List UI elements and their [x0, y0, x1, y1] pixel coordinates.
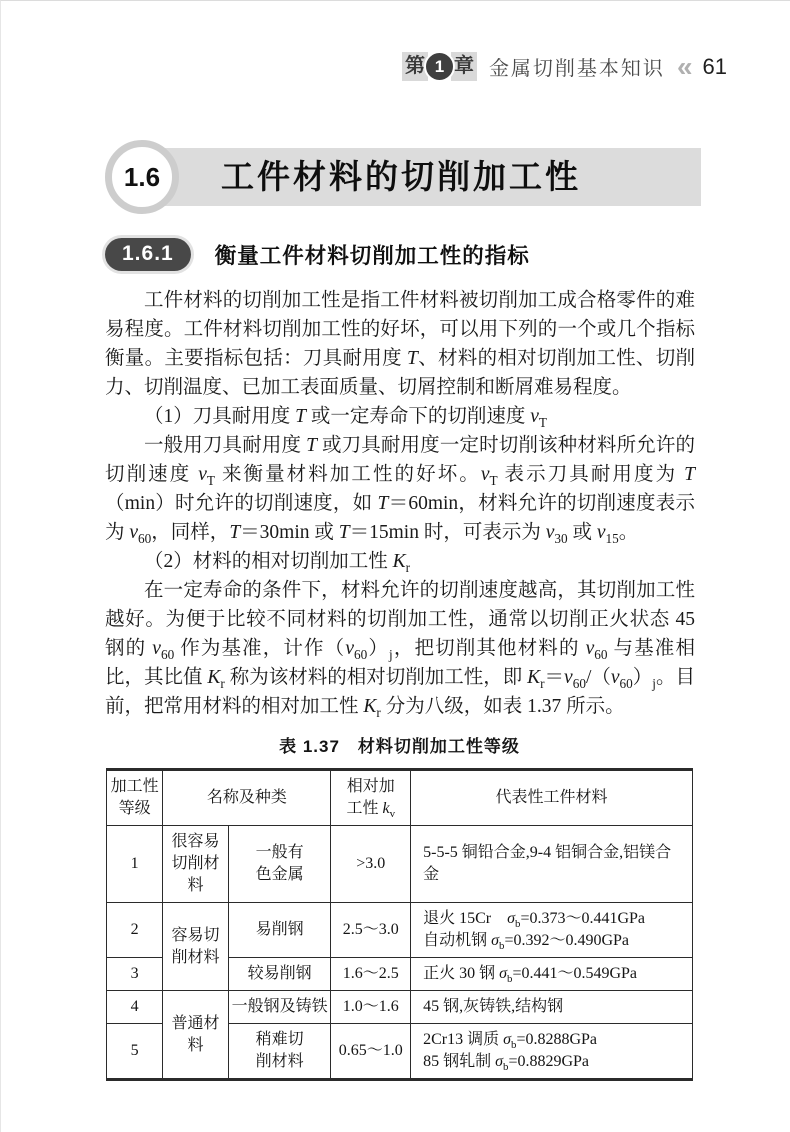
header-cell: 代表性工件材料 [411, 770, 693, 826]
page-header: 第 1 章 金属切削基本知识 « 61 [402, 51, 727, 82]
table-cell: 稍难切削材料 [228, 1024, 331, 1080]
table-cell: 5 [107, 1024, 163, 1080]
table-cell: 4 [107, 991, 163, 1024]
paragraph-intro: 工件材料的切削加工性是指工件材料被切削加工成合格零件的难易程度。工件材料切削加工… [105, 286, 695, 402]
paragraph-item-1-body: 一般用刀具耐用度 T 或刀具耐用度一定时切削该种材料所允许的切削速度 vT 来衡… [105, 431, 695, 547]
book-page: 第 1 章 金属切削基本知识 « 61 工件材料的切削加工性 1.6 1.6.1… [0, 0, 790, 1132]
table-row: 1很容易切削材料一般有色金属>3.05-5-5 铜铅合金,9-4 铝铜合金,铝镁… [107, 826, 693, 903]
table-cell: 很容易切削材料 [163, 826, 229, 903]
subsection-heading: 1.6.1 衡量工件材料切削加工性的指标 [105, 238, 530, 271]
grade-table: 加工性等级名称及种类相对加工性 kv代表性工件材料1很容易切削材料一般有色金属>… [106, 768, 693, 1081]
table-cell: 5-5-5 铜铅合金,9-4 铝铜合金,铝镁合金 [411, 826, 693, 903]
table-cell: 45 钢,灰铸铁,结构钢 [411, 991, 693, 1024]
table-title: 表 1.37 材料切削加工性等级 [106, 732, 693, 757]
table-cell: 易削钢 [228, 903, 331, 958]
table-cell: 2Cr13 调质 σb=0.8288GPa85 钢轧制 σb=0.8829GPa [411, 1024, 693, 1080]
body-text: 工件材料的切削加工性是指工件材料被切削加工成合格零件的难易程度。工件材料切削加工… [105, 286, 695, 721]
paragraph-item-2-heading: （2）材料的相对切削加工性 Kr [105, 547, 695, 576]
table-cell: 0.65～1.0 [331, 1024, 411, 1080]
section-heading: 工件材料的切削加工性 1.6 [105, 140, 701, 216]
section-number-circle: 1.6 [105, 140, 179, 214]
table-cell: >3.0 [331, 826, 411, 903]
paragraph-item-1-heading: （1）刀具耐用度 T 或一定寿命下的切削速度 vT [105, 402, 695, 431]
table-cell: 3 [107, 958, 163, 991]
chapter-badge: 第 1 章 [402, 51, 477, 82]
table-cell: 2 [107, 903, 163, 958]
table-cell: 较易削钢 [228, 958, 331, 991]
table-cell: 一般钢及铸铁 [228, 991, 331, 1024]
page-number: 61 [703, 54, 727, 80]
table-row: 4普通材料一般钢及铸铁1.0～1.645 钢,灰铸铁,结构钢 [107, 991, 693, 1024]
header-cell: 相对加工性 kv [331, 770, 411, 826]
paragraph-item-2-body: 在一定寿命的条件下，材料允许的切削速度越高，其切削加工性越好。为便于比较不同材料… [105, 576, 695, 721]
subsection-number-pill: 1.6.1 [105, 238, 191, 271]
table-cell: 普通材料 [163, 991, 229, 1080]
section-number: 1.6 [124, 162, 160, 193]
table-cell: 正火 30 钢 σb=0.441～0.549GPa [411, 958, 693, 991]
table-block: 表 1.37 材料切削加工性等级 加工性等级名称及种类相对加工性 kv代表性工件… [106, 732, 693, 1081]
table-cell: 2.5～3.0 [331, 903, 411, 958]
table-row: 2容易切削材料易削钢2.5～3.0退火 15Cr σb=0.373～0.441G… [107, 903, 693, 958]
header-cell: 加工性等级 [107, 770, 163, 826]
chapter-number-circle: 1 [424, 51, 455, 82]
table-cell: 1.0～1.6 [331, 991, 411, 1024]
table-cell: 一般有色金属 [228, 826, 331, 903]
table-header-row: 加工性等级名称及种类相对加工性 kv代表性工件材料 [107, 770, 693, 826]
header-cell: 名称及种类 [163, 770, 331, 826]
table-cell: 1 [107, 826, 163, 903]
table-cell: 容易切削材料 [163, 903, 229, 991]
table-cell: 1.6～2.5 [331, 958, 411, 991]
section-title: 工件材料的切削加工性 [133, 148, 701, 206]
section-banner-bar: 工件材料的切削加工性 [133, 148, 701, 206]
subsection-title: 衡量工件材料切削加工性的指标 [215, 239, 530, 270]
chapter-title: 金属切削基本知识 [489, 52, 665, 81]
table-cell: 退火 15Cr σb=0.373～0.441GPa自动机钢 σb=0.392～0… [411, 903, 693, 958]
double-chevron-left-icon: « [677, 53, 693, 81]
